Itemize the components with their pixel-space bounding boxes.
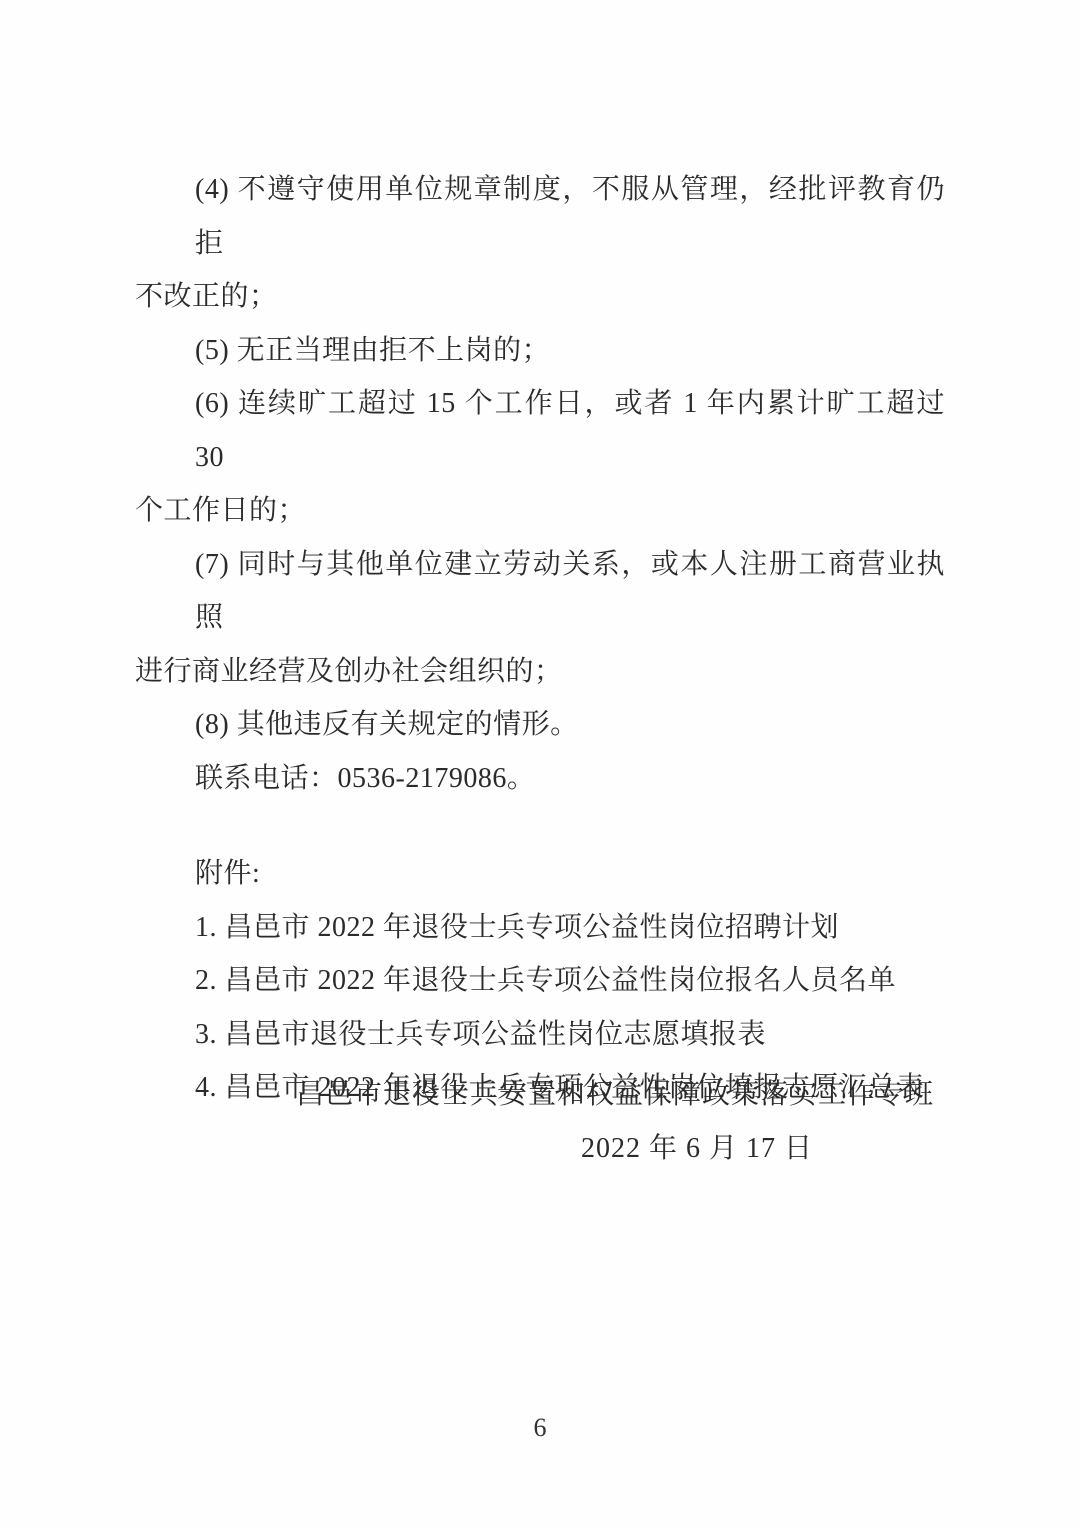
attachment-item: 3. 昌邑市退役士兵专项公益性岗位志愿填报表	[135, 1008, 945, 1062]
signature-date: 2022 年 6 月 17 日	[0, 1122, 1080, 1176]
paragraph-line: 不改正的；	[135, 270, 945, 324]
document-page: (4) 不遵守使用单位规章制度，不服从管理，经批评教育仍拒 不改正的； (5) …	[0, 0, 1080, 1528]
blank-line	[135, 805, 945, 847]
contact-phone-line: 联系电话：0536-2179086。	[135, 752, 945, 806]
signature-organization: 昌邑市退役士兵安置和权益保障政策落实工作专班	[0, 1068, 1080, 1122]
document-body: (4) 不遵守使用单位规章制度，不服从管理，经批评教育仍拒 不改正的； (5) …	[135, 163, 945, 1115]
page-footer: 6	[0, 1408, 1080, 1448]
paragraph-line: (6) 连续旷工超过 15 个工作日，或者 1 年内累计旷工超过 30	[135, 377, 945, 484]
paragraph-line: (4) 不遵守使用单位规章制度，不服从管理，经批评教育仍拒	[135, 163, 945, 270]
attachment-item: 2. 昌邑市 2022 年退役士兵专项公益性岗位报名人员名单	[135, 954, 945, 1008]
attachments-heading: 附件:	[135, 847, 945, 901]
paragraph-line: (5) 无正当理由拒不上岗的；	[135, 324, 945, 378]
paragraph-line: (8) 其他违反有关规定的情形。	[135, 698, 945, 752]
paragraph-line: 个工作日的；	[135, 484, 945, 538]
page-number: 6	[534, 1413, 547, 1442]
paragraph-line: (7) 同时与其他单位建立劳动关系，或本人注册工商营业执照	[135, 538, 945, 645]
signature-block: 昌邑市退役士兵安置和权益保障政策落实工作专班 2022 年 6 月 17 日	[0, 1068, 1080, 1175]
attachment-item: 1. 昌邑市 2022 年退役士兵专项公益性岗位招聘计划	[135, 901, 945, 955]
paragraph-line: 进行商业经营及创办社会组织的；	[135, 645, 945, 699]
